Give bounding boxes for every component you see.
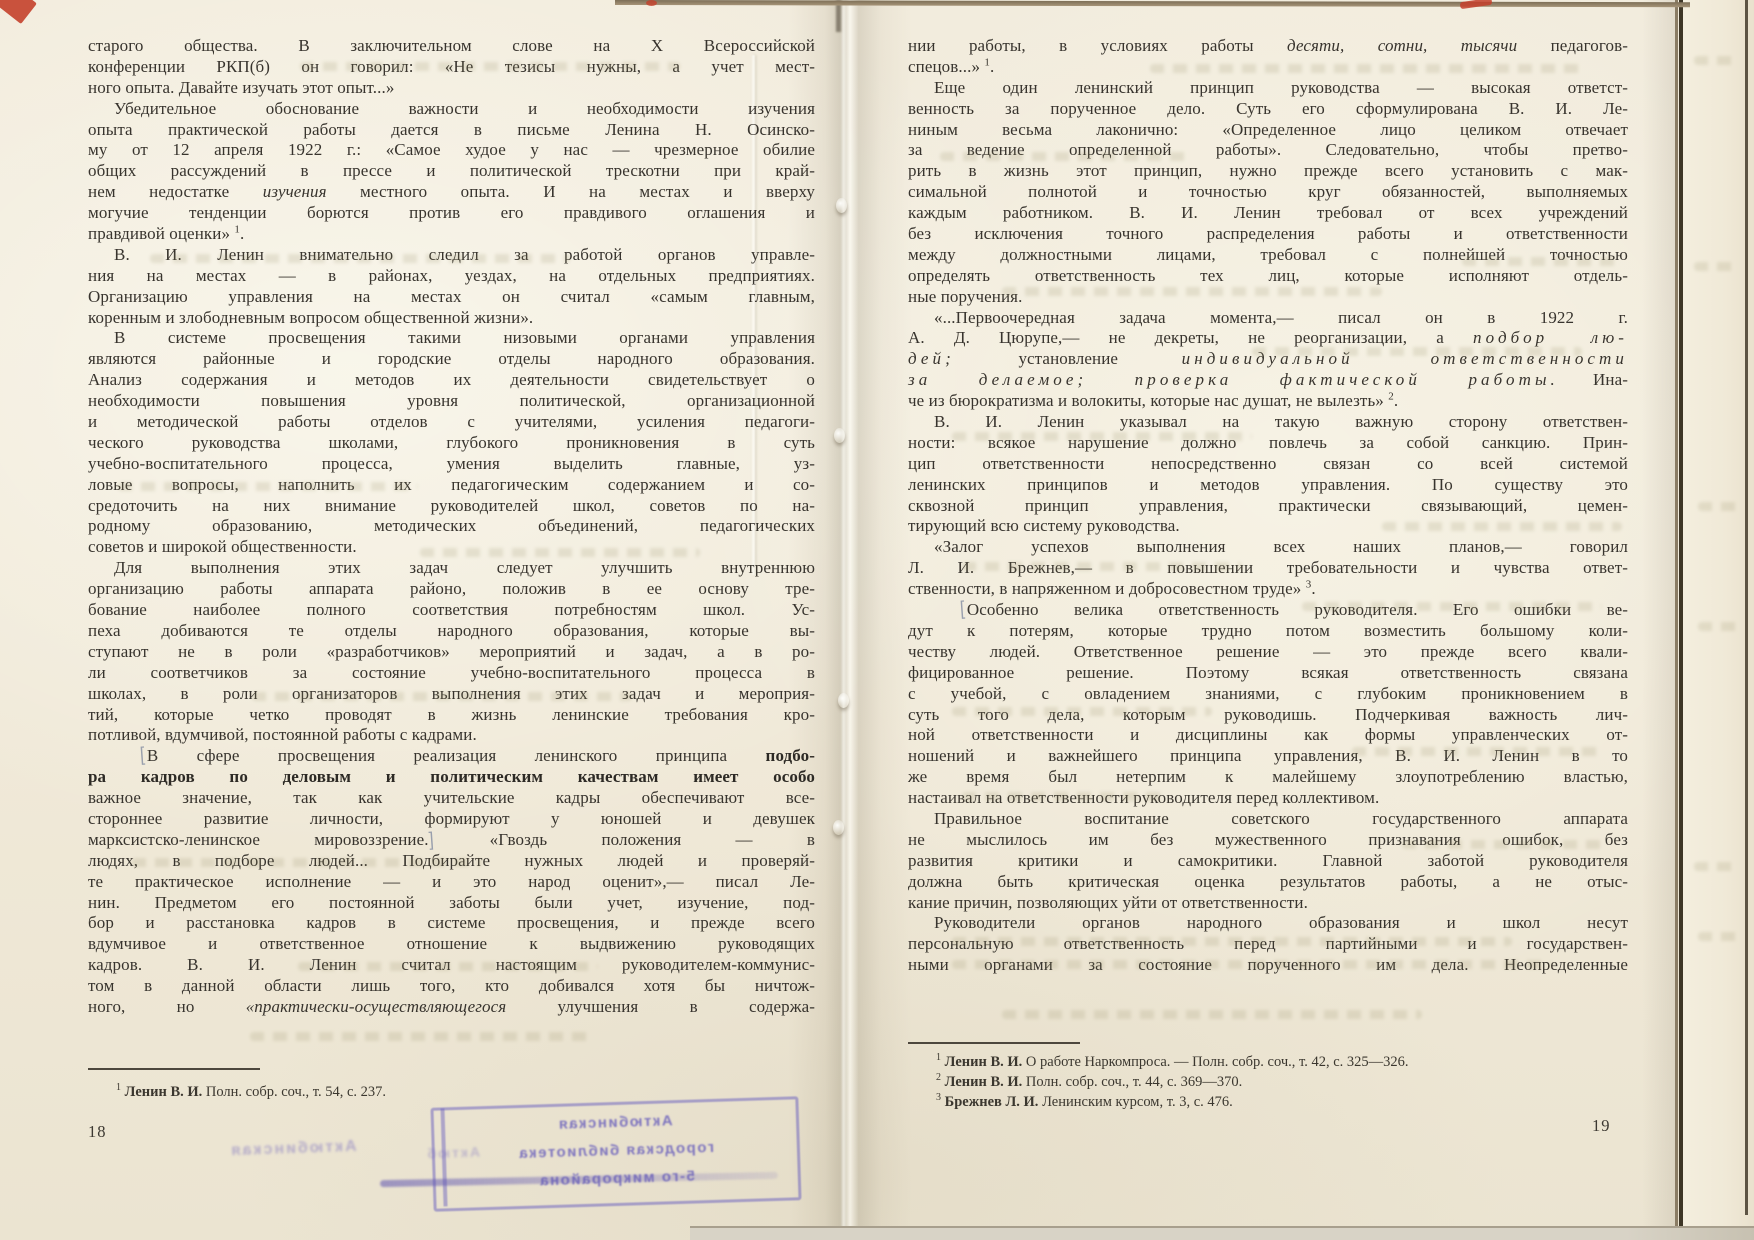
text-line: В. И. Ленин указывал на такую важную сто… bbox=[908, 412, 1628, 433]
text-line: ного опыта. Давайте изучать этот опыт...… bbox=[88, 78, 815, 99]
text-line: без исключения точного распределения раб… bbox=[908, 224, 1628, 245]
text-line: могучие тенденции борются против его пра… bbox=[88, 203, 815, 224]
text-line: сквозной принцип управления, практически… bbox=[908, 496, 1628, 517]
page-top-edge bbox=[615, 0, 1690, 7]
text-line: ческого руководства школами, глубокого п… bbox=[88, 433, 815, 454]
text-line: А. Д. Цюрупе,— не декреты, не реорганиза… bbox=[908, 328, 1628, 349]
text-line: коренным и злободневным вопросом обществ… bbox=[88, 308, 815, 329]
spine-crease-bump bbox=[836, 198, 847, 213]
text-line: опыта практической работы дается в письм… bbox=[88, 120, 815, 141]
text-line: пеха добиваются те отделы народного обра… bbox=[88, 621, 815, 642]
text-line: ственности, в напряженном и добросовестн… bbox=[908, 579, 1628, 600]
red-ink-mark bbox=[646, 0, 657, 6]
page-number-left: 18 bbox=[88, 1122, 107, 1142]
text-line: ной ответственности и дисциплины как фор… bbox=[908, 725, 1628, 746]
text-line: му от 12 апреля 1922 г.: «Самое худое у … bbox=[88, 140, 815, 161]
text-line: В. И. Ленин внимательно следил за работо… bbox=[88, 245, 815, 266]
text-line: Организацию управления на местах он счит… bbox=[88, 287, 815, 308]
scan-edge-line bbox=[1745, 0, 1748, 1215]
text-line: людях, в подборе людей... Подбирайте нуж… bbox=[88, 851, 815, 872]
text-line: Еще один ленинский принцип руководства —… bbox=[908, 78, 1628, 99]
text-line: конференции РКП(б) он говорил: «Не тезис… bbox=[88, 57, 815, 78]
text-line: том в данной области лишь того, кто доби… bbox=[88, 976, 815, 997]
text-line: ния на местах — в районах, уездах, на от… bbox=[88, 266, 815, 287]
text-line: спецов...» 1. bbox=[908, 57, 1628, 78]
text-line: и методической работы отделов с учителям… bbox=[88, 412, 815, 433]
red-ink-mark bbox=[0, 0, 37, 24]
page-edge-line bbox=[1675, 0, 1678, 1240]
text-line: ленинских принципов и методов управления… bbox=[908, 475, 1628, 496]
text-line: правдивой оценки» 1. bbox=[88, 224, 815, 245]
text-line: Л. И. Брежнев,— в повышении требовательн… bbox=[908, 558, 1628, 579]
text-line: цип ответственности непосредственно связ… bbox=[908, 454, 1628, 475]
text-line: за делаемое; проверка фактической работы… bbox=[908, 370, 1628, 391]
text-line: тирующий всю систему руководства. bbox=[908, 516, 1628, 537]
text-line: необходимости повышения уровня политичес… bbox=[88, 391, 815, 412]
text-line: с учебой, с овладением знаниями, с глубо… bbox=[908, 684, 1628, 705]
text-line: ниным весьма лаконично: «Определенное ли… bbox=[908, 120, 1628, 141]
text-line: фицированное решение. Поэтому всякая отв… bbox=[908, 663, 1628, 684]
text-line: настаивал на ответственности руководител… bbox=[908, 788, 1628, 809]
text-line: не мыслилось им без мужественного призна… bbox=[908, 830, 1628, 851]
text-line: ные поручения. bbox=[908, 287, 1628, 308]
text-line: потливой, вдумчивой, постоянной работы с… bbox=[88, 725, 815, 746]
text-line: нем недостатке изучения местного опыта. … bbox=[88, 182, 815, 203]
book-scan: { "document": { "left_page": { "page_num… bbox=[0, 0, 1754, 1240]
text-line: рить в жизнь этот принцип, нужно прежде … bbox=[908, 161, 1628, 182]
text-line: В системе просвещения такими низовыми ор… bbox=[88, 328, 815, 349]
text-line: советов и широкой общественности. bbox=[88, 537, 815, 558]
text-line: кание причин, позволяющих уйти от ответс… bbox=[908, 893, 1628, 914]
text-line: ли соответчиков за состояние учебно-восп… bbox=[88, 663, 815, 684]
text-line: че из бюрократизма и волокиты, которые н… bbox=[908, 391, 1628, 412]
text-line: те практическое исполнение — и это народ… bbox=[88, 872, 815, 893]
text-line: [В сфере просвещения реализация ленинско… bbox=[88, 746, 815, 767]
text-line: персональную ответственность перед парти… bbox=[908, 934, 1628, 955]
text-line: дей; установление индивидуальной ответст… bbox=[908, 349, 1628, 370]
page-edge-line bbox=[1679, 0, 1683, 1240]
text-line: тий, которые четко проводят в жизнь лени… bbox=[88, 705, 815, 726]
text-line: родному образованию, методических объеди… bbox=[88, 516, 815, 537]
footnote-rule-right bbox=[908, 1042, 1080, 1044]
text-line: ными органами за состояние порученного и… bbox=[908, 955, 1628, 976]
page-left-text: старого общества. В заключительном слове… bbox=[88, 36, 815, 1018]
text-line: венность за порученное дело. Суть его сф… bbox=[908, 99, 1628, 120]
red-ink-mark bbox=[1460, 0, 1493, 9]
page-edge-shadow bbox=[1642, 0, 1678, 1240]
text-line: школах, в роли организаторов выполнения … bbox=[88, 684, 815, 705]
text-line: [Особенно велика ответственность руковод… bbox=[908, 600, 1628, 621]
next-page-edge bbox=[1683, 0, 1754, 1240]
text-line: суть того дела, которым руководишь. Подч… bbox=[908, 705, 1628, 726]
text-line: честву людей. Ответственное решение — эт… bbox=[908, 642, 1628, 663]
spine-crease-bump bbox=[838, 693, 849, 708]
text-line: определять ответственность тех лиц, кото… bbox=[908, 266, 1628, 287]
text-line: важное значение, так как учительские кад… bbox=[88, 788, 815, 809]
text-line: Анализ содержания и методов их деятельно… bbox=[88, 370, 815, 391]
text-line: стороннее развитие личности, формируют у… bbox=[88, 809, 815, 830]
text-line: нии работы, в условиях работы десяти, со… bbox=[908, 36, 1628, 57]
text-line: Для выполнения этих задач следует улучши… bbox=[88, 558, 815, 579]
text-line: же время был нетерпим к малейшему злоупо… bbox=[908, 767, 1628, 788]
text-line: ра кадров по деловым и политическим каче… bbox=[88, 767, 815, 788]
text-line: бование наиболее полного соответствия по… bbox=[88, 600, 815, 621]
text-line: бор и расстановка кадров в системе просв… bbox=[88, 913, 815, 934]
text-line: являются районные и городские отделы нар… bbox=[88, 349, 815, 370]
text-line: средоточить на них внимание руководителе… bbox=[88, 496, 815, 517]
bleedthrough-ghost bbox=[1002, 1010, 1422, 1019]
bleedthrough-ghost bbox=[250, 1032, 590, 1041]
text-line: «...Первоочередная задача момента,— писа… bbox=[908, 308, 1628, 329]
footnote: 2 Ленин В. И. Полн. собр. соч., т. 44, с… bbox=[908, 1072, 1628, 1092]
text-line: кадров. В. И. Ленин считал настоящим рук… bbox=[88, 955, 815, 976]
text-line: дут к потерям, которые трудно потом возм… bbox=[908, 621, 1628, 642]
text-line: Убедительное обоснование важности и необ… bbox=[88, 99, 815, 120]
text-line: ного, но «практически-осуществляющегося … bbox=[88, 997, 815, 1018]
text-line: общих рассуждений в прессе и политическо… bbox=[88, 161, 815, 182]
text-line: Правильное воспитание советского государ… bbox=[908, 809, 1628, 830]
text-line: ступают не в роли «разработчиков» меропр… bbox=[88, 642, 815, 663]
text-line: за ведение определенной работы». Следова… bbox=[908, 140, 1628, 161]
text-line: симальной полнотой и точностью круг обяз… bbox=[908, 182, 1628, 203]
text-line: должна быть критическая оценка результат… bbox=[908, 872, 1628, 893]
text-line: учебно-воспитательного процесса, умения … bbox=[88, 454, 815, 475]
text-line: организацию работы аппарата районо, поло… bbox=[88, 579, 815, 600]
spine-crease-bump bbox=[833, 820, 844, 835]
footnotes-right: 1 Ленин В. И. О работе Наркомпроса. — По… bbox=[908, 1052, 1628, 1112]
footnote: 3 Брежнев Л. И. Ленинским курсом, т. 3, … bbox=[908, 1092, 1628, 1112]
spine-crease-bump bbox=[834, 428, 845, 443]
text-line: марксистско-ленинское мировоззрение.] «Г… bbox=[88, 830, 815, 851]
text-line: развития критики и самокритики. Главной … bbox=[908, 851, 1628, 872]
text-line: ношений и важнейшего принципа управления… bbox=[908, 746, 1628, 767]
scan-bottom-band bbox=[690, 1226, 1754, 1240]
page-number-right: 19 bbox=[1592, 1116, 1611, 1136]
text-line: каждым работником. В. И. Ленин требовал … bbox=[908, 203, 1628, 224]
text-line: ловые вопросы, наполнить их педагогическ… bbox=[88, 475, 815, 496]
library-stamp: Актюбинская городская библиотека 5-го ми… bbox=[430, 1096, 801, 1212]
page-right-text: нии работы, в условиях работы десяти, со… bbox=[908, 36, 1628, 976]
text-line: старого общества. В заключительном слове… bbox=[88, 36, 815, 57]
footnote-rule-left bbox=[88, 1068, 260, 1070]
footnote: 1 Ленин В. И. О работе Наркомпроса. — По… bbox=[908, 1052, 1628, 1072]
text-line: Руководители органов народного образован… bbox=[908, 913, 1628, 934]
spine-crease-highlight bbox=[842, 0, 845, 1240]
text-line: между должностными лицами, требовал с по… bbox=[908, 245, 1628, 266]
text-line: «Залог успехов выполнения всех наших пла… bbox=[908, 537, 1628, 558]
text-line: нин. Предметом его постоянной заботы был… bbox=[88, 893, 815, 914]
text-line: ности: всякое нарушение должно повлечь з… bbox=[908, 433, 1628, 454]
text-line: вдумчивое и ответственное отношение к вы… bbox=[88, 934, 815, 955]
